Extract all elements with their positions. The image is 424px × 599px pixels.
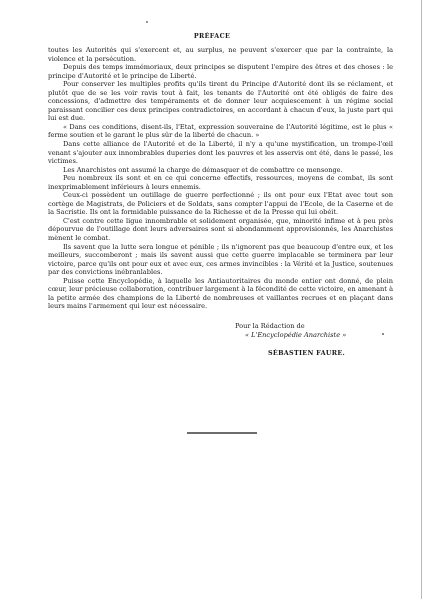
paragraph: toutes les Autorités qui s'exercent et, … (48, 46, 393, 63)
paragraph: Ils savent que la lutte sera longue et p… (48, 243, 393, 277)
page-edge (421, 0, 422, 599)
page-header: PRÉFACE (0, 33, 424, 40)
paragraph: Dans cette alliance de l'Autorité et de … (48, 140, 393, 166)
paragraph: Depuis des temps immémoriaux, deux princ… (48, 63, 393, 80)
preface-body: toutes les Autorités qui s'exercent et, … (48, 46, 393, 311)
paragraph: Les Anarchistes ont assumé la charge de … (48, 166, 393, 175)
paragraph: Ceux-ci possèdent un outillage de guerre… (48, 191, 393, 217)
speck (382, 333, 384, 335)
author-name: SÉBASTIEN FAURE. (268, 349, 345, 357)
paragraph: Puisse cette Encyclopédie, à laquelle le… (48, 277, 393, 311)
paragraph: Pour conserver les multiples profits qu'… (48, 80, 393, 123)
paragraph: C'est contre cette ligue innombrable et … (48, 217, 393, 243)
signature-line-1: Pour la Rédaction de (235, 322, 346, 331)
signature-line-2: « L'Encyclopédie Anarchiste » (235, 331, 346, 340)
paragraph: Peu nombreux ils sont et en ce qui conce… (48, 174, 393, 191)
horizontal-rule (187, 432, 257, 434)
speck (146, 21, 148, 23)
paragraph: « Dans ces conditions, disent-ils, l'Eta… (48, 123, 393, 140)
signature-block: Pour la Rédaction de « L'Encyclopédie An… (235, 322, 346, 339)
